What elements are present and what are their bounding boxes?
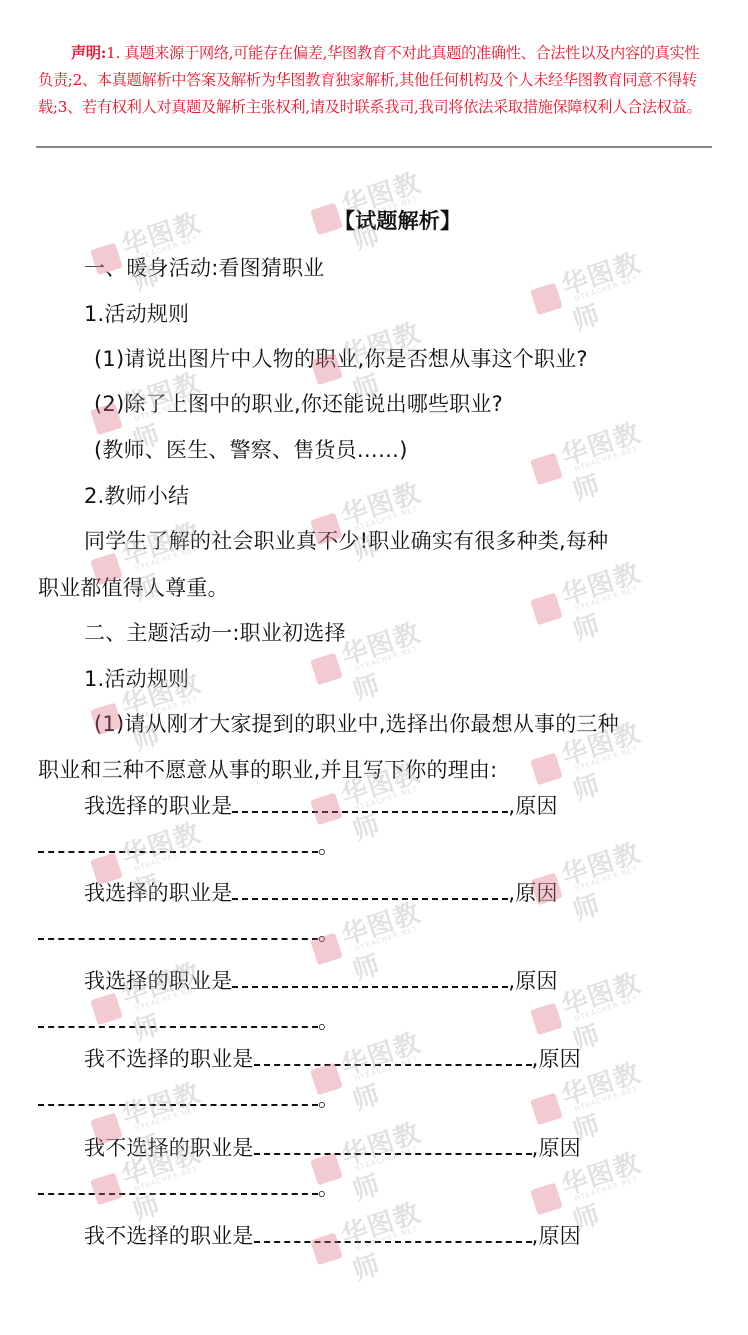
- choice-row: 我选择的职业是,原因: [84, 965, 558, 995]
- watermark-sub: HTEACHER.NET: [354, 645, 419, 673]
- choice-suffix: ,原因: [532, 1136, 581, 1160]
- reason-blank[interactable]: [38, 1086, 318, 1106]
- watermark: 华图教师HTEACHER.NET: [524, 541, 666, 638]
- period: 。: [318, 1176, 339, 1200]
- watermark-sub: HTEACHER.NET: [354, 925, 419, 953]
- reason-row: 。: [38, 1005, 339, 1035]
- career-blank[interactable]: [232, 880, 508, 900]
- disclaimer-text: 1. 真题来源于网络,可能存在偏差,华图教育不对此真题的准确性、合法性以及内容的…: [38, 44, 701, 116]
- watermark: 华图教师HTEACHER.NET: [524, 401, 666, 498]
- choice-suffix: ,原因: [508, 969, 557, 993]
- reason-row: 。: [38, 830, 339, 860]
- period: 。: [318, 1087, 339, 1111]
- watermark-logo-icon: [530, 1093, 563, 1126]
- career-blank[interactable]: [232, 968, 508, 988]
- watermark-sub: HTEACHER.NET: [574, 445, 639, 473]
- disclaimer: 声明:1. 真题来源于网络,可能存在偏差,华图教育不对此真题的准确性、合法性以及…: [38, 40, 712, 121]
- text-line: (教师、医生、警察、售货员……): [94, 434, 408, 464]
- period: 。: [318, 921, 339, 945]
- reason-row: 。: [38, 1083, 339, 1113]
- text-line: (2)除了上图中的职业,你还能说出哪些职业?: [94, 388, 503, 418]
- text-line: 同学生了解的社会职业真不少!职业确实有很多种类,每种: [84, 525, 608, 555]
- watermark-text: 华图教师: [556, 237, 672, 338]
- reason-blank[interactable]: [38, 1008, 318, 1028]
- watermark-logo-icon: [530, 1183, 563, 1216]
- reason-row: 。: [38, 1172, 339, 1202]
- watermark-logo-icon: [530, 1003, 563, 1036]
- career-blank[interactable]: [232, 793, 508, 813]
- text-line: 职业都值得人尊重。: [38, 572, 229, 602]
- choice-prefix: 我选择的职业是: [84, 969, 232, 993]
- reason-blank[interactable]: [38, 833, 318, 853]
- watermark-logo-icon: [530, 593, 563, 626]
- choice-row: 我不选择的职业是,原因: [84, 1220, 581, 1250]
- choice-row: 我选择的职业是,原因: [84, 877, 558, 907]
- watermark-logo-icon: [310, 653, 343, 686]
- reason-row: 。: [38, 917, 339, 947]
- watermark-sub: HTEACHER.NET: [574, 275, 639, 303]
- watermark: 华图教师HTEACHER.NET: [524, 231, 666, 328]
- choice-suffix: ,原因: [532, 1047, 581, 1071]
- choice-prefix: 我不选择的职业是: [84, 1224, 254, 1248]
- choice-row: 我不选择的职业是,原因: [84, 1132, 581, 1162]
- watermark-text: 华图教师: [116, 197, 232, 298]
- watermark-text: 华图教师: [556, 827, 672, 928]
- section-heading: 【试题解析】: [334, 205, 461, 235]
- watermark-text: 华图教师: [556, 547, 672, 648]
- watermark-logo-icon: [530, 753, 563, 786]
- text-line: (1)请从刚才大家提到的职业中,选择出你最想从事的三种: [94, 708, 619, 738]
- text-line: 一、暖身活动:看图猜职业: [84, 252, 324, 282]
- watermark-sub: HTEACHER.NET: [574, 745, 639, 773]
- disclaimer-label: 声明:: [71, 44, 106, 62]
- watermark: 华图教师HTEACHER.NET: [304, 601, 446, 698]
- reason-blank[interactable]: [38, 1175, 318, 1195]
- watermark-text: 华图教师: [336, 607, 452, 708]
- text-line: 1.活动规则: [84, 663, 189, 693]
- text-line: 职业和三种不愿意从事的职业,并且写下你的理由:: [38, 754, 497, 784]
- watermark-sub: HTEACHER.NET: [574, 585, 639, 613]
- watermark-logo-icon: [530, 453, 563, 486]
- divider: [36, 146, 712, 148]
- choice-prefix: 我不选择的职业是: [84, 1047, 254, 1071]
- text-line: 1.活动规则: [84, 298, 189, 328]
- watermark-sub: HTEACHER.NET: [574, 1175, 639, 1203]
- choice-prefix: 我选择的职业是: [84, 881, 232, 905]
- career-blank[interactable]: [254, 1223, 532, 1243]
- choice-row: 我不选择的职业是,原因: [84, 1043, 581, 1073]
- watermark-sub: HTEACHER.NET: [574, 995, 639, 1023]
- career-blank[interactable]: [254, 1046, 532, 1066]
- text-line: 2.教师小结: [84, 480, 189, 510]
- watermark-sub: HTEACHER.NET: [574, 1085, 639, 1113]
- choice-suffix: ,原因: [508, 881, 557, 905]
- reason-blank[interactable]: [38, 920, 318, 940]
- text-line: (1)请说出图片中人物的职业,你是否想从事这个职业?: [94, 343, 588, 373]
- text-line: 二、主题活动一:职业初选择: [84, 617, 346, 647]
- choice-suffix: ,原因: [508, 794, 557, 818]
- period: 。: [318, 834, 339, 858]
- watermark-text: 华图教师: [556, 407, 672, 508]
- watermark-logo-icon: [530, 283, 563, 316]
- career-blank[interactable]: [254, 1135, 532, 1155]
- watermark-sub: HTEACHER.NET: [574, 865, 639, 893]
- choice-prefix: 我不选择的职业是: [84, 1136, 254, 1160]
- choice-row: 我选择的职业是,原因: [84, 790, 558, 820]
- period: 。: [318, 1009, 339, 1033]
- choice-prefix: 我选择的职业是: [84, 794, 232, 818]
- choice-suffix: ,原因: [532, 1224, 581, 1248]
